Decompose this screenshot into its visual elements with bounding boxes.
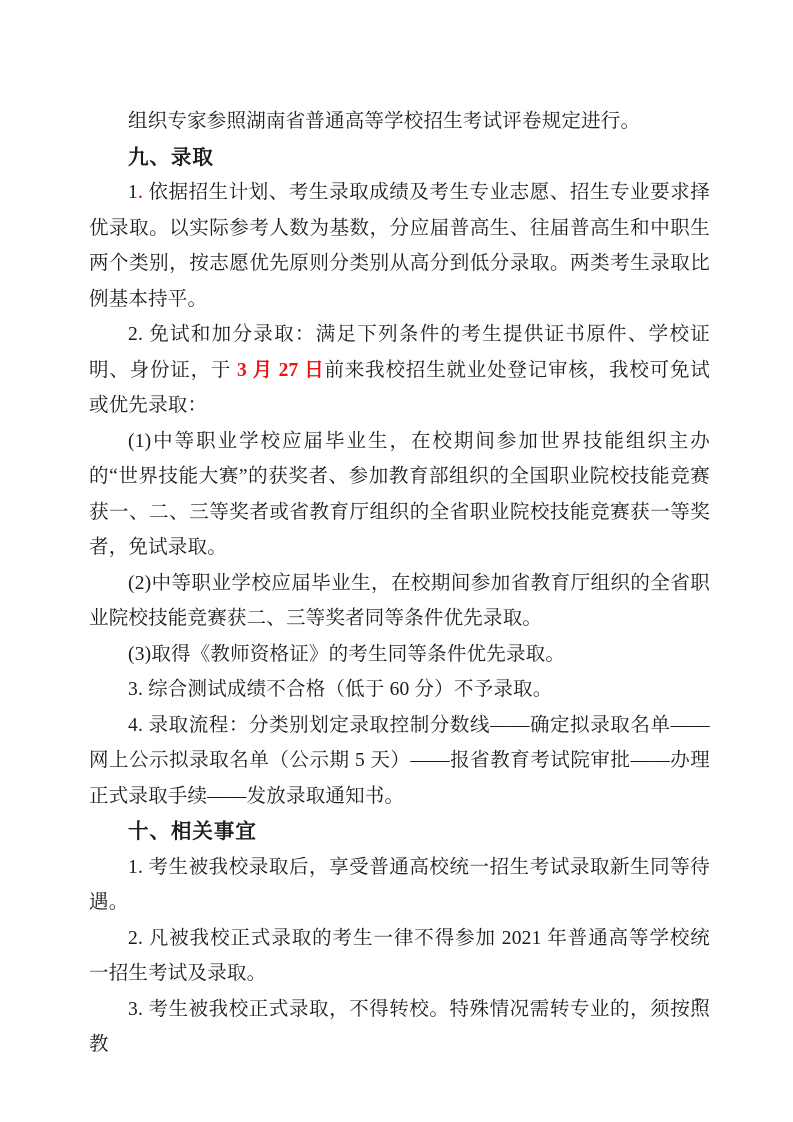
paragraph: 3. 考生被我校正式录取，不得转校。特殊情况需转专业的，须按照教 <box>89 992 710 1063</box>
text-segment: 依据招生计划、考生录取成绩及考生专业志愿、招生专业要求择优录取。以实际参考人数为… <box>89 182 710 310</box>
paragraph: (2)中等职业学校应届毕业生，在校期间参加省教育厅组织的全省职业院校技能竞赛获二… <box>89 566 710 637</box>
text-segment: 组织专家参照湖南省普通高等学校招生考试评卷规定进行。 <box>128 111 640 132</box>
paragraph: 2. 凡被我校正式录取的考生一律不得参加 2021 年普通高等学校统一招生考试及… <box>89 921 710 992</box>
paragraph: 3. 综合测试成绩不合格（低于 60 分）不予录取。 <box>89 672 710 708</box>
text-segment: 1. 考生被我校录取后，享受普通高校统一招生考试录取新生同等待遇。 <box>89 857 710 914</box>
text-segment: 3. 综合测试成绩不合格（低于 60 分）不予录取。 <box>128 679 552 700</box>
text-segment: (1)中等职业学校应届毕业生，在校期间参加世界技能组织主办的“世界技能大赛”的获… <box>89 431 710 559</box>
text-segment: 九、录取 <box>128 146 214 169</box>
paragraph: 1. 依据招生计划、考生录取成绩及考生专业志愿、招生专业要求择优录取。以实际参考… <box>89 175 710 317</box>
document-page: 组织专家参照湖南省普通高等学校招生考试评卷规定进行。九、录取1. 依据招生计划、… <box>0 0 793 1122</box>
text-segment: 1 <box>128 182 138 203</box>
text-segment: 十、相关事宜 <box>128 820 257 843</box>
text-segment: 2. 凡被我校正式录取的考生一律不得参加 2021 年普通高等学校统一招生考试及… <box>89 928 710 985</box>
text-segment: 4. 录取流程：分类别划定录取控制分数线——确定拟录取名单——网上公示拟录取名单… <box>89 715 710 807</box>
text-segment-red-bold: 3 月 27 日 <box>237 360 325 381</box>
page-number: 7 <box>688 994 708 1014</box>
text-segment: (2)中等职业学校应届毕业生，在校期间参加省教育厅组织的全省职业院校技能竞赛获二… <box>89 573 710 630</box>
text-segment: 3. 考生被我校正式录取，不得转校。特殊情况需转专业的，须按照教 <box>89 999 710 1056</box>
paragraph: 4. 录取流程：分类别划定录取控制分数线——确定拟录取名单——网上公示拟录取名单… <box>89 708 710 815</box>
paragraph: (1)中等职业学校应届毕业生，在校期间参加世界技能组织主办的“世界技能大赛”的获… <box>89 424 710 566</box>
paragraph: (3)取得《教师资格证》的考生同等条件优先录取。 <box>89 637 710 673</box>
text-segment: (3)取得《教师资格证》的考生同等条件优先录取。 <box>128 644 565 665</box>
section-heading: 十、相关事宜 <box>89 814 710 850</box>
paragraph: 组织专家参照湖南省普通高等学校招生考试评卷规定进行。 <box>89 104 710 140</box>
document-body: 组织专家参照湖南省普通高等学校招生考试评卷规定进行。九、录取1. 依据招生计划、… <box>89 104 710 1063</box>
paragraph: 1. 考生被我校录取后，享受普通高校统一招生考试录取新生同等待遇。 <box>89 850 710 921</box>
section-heading: 九、录取 <box>89 140 710 176</box>
paragraph: 2. 免试和加分录取：满足下列条件的考生提供证书原件、学校证明、身份证，于 3 … <box>89 317 710 424</box>
